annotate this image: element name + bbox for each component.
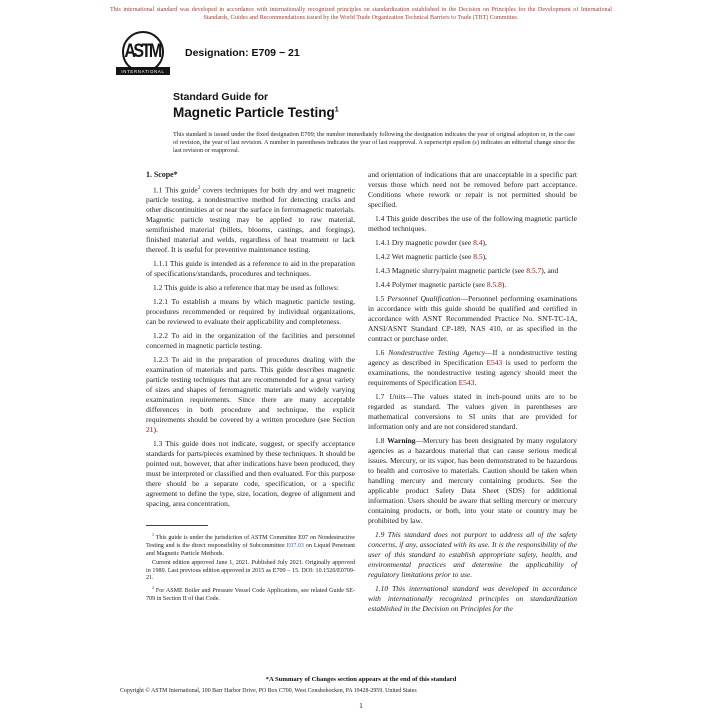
para-1-4-4: 1.4.4 Polymer magnetic particle (see 8.5… — [368, 280, 577, 290]
text-run: 1.9 This standard does not purport to ad… — [368, 530, 577, 579]
para-1-2: 1.2 This guide is also a reference that … — [146, 283, 355, 293]
astm-logo-letters: ASTM — [124, 41, 161, 63]
right-column-paragraphs: and orientation of indications that are … — [368, 170, 577, 614]
title-prefix: Standard Guide for — [173, 91, 722, 103]
page-footer: *A Summary of Changes section appears at… — [0, 676, 722, 710]
text-run: Units — [389, 392, 405, 401]
text-run: 1.2.2 To aid in the organization of the … — [146, 331, 355, 350]
text-run: Warning — [387, 436, 415, 445]
footnote-edition: Current edition approved June 1, 2021. P… — [146, 560, 355, 583]
para-1-4-3: 1.4.3 Magnetic slurry/paint magnetic par… — [368, 266, 577, 276]
para-1-10: 1.10 This international standard was dev… — [368, 584, 577, 614]
para-1-2-3: 1.2.3 To aid in the preparation of proce… — [146, 355, 355, 435]
text-run: Current edition approved June 1, 2021. P… — [146, 560, 355, 581]
text-run: For ASME Boiler and Pressure Vessel Code… — [146, 588, 355, 602]
footnote-separator — [146, 525, 208, 526]
summary-of-changes-note: *A Summary of Changes section appears at… — [0, 676, 722, 683]
text-run: 1.4.1 Dry magnetic powder (see — [375, 238, 473, 247]
para-1-6: 1.6 Nondestructive Testing Agency—If a n… — [368, 348, 577, 388]
text-run: Nondestructive Testing Agency — [388, 348, 485, 357]
text-run: ). — [502, 280, 506, 289]
para-1-8: 1.8 Warning—Mercury has been designated … — [368, 436, 577, 526]
issuance-note: This standard is issued under the fixed … — [173, 131, 575, 155]
para-1-4-1: 1.4.1 Dry magnetic powder (see 8.4), — [368, 238, 577, 248]
text-run: and orientation of indications that are … — [368, 170, 577, 209]
footnote-2: 2 For ASME Boiler and Pressure Vessel Co… — [146, 584, 355, 603]
text-run: covers techniques for both dry and wet m… — [146, 185, 355, 254]
cross-reference-link[interactable]: E07.03 — [287, 543, 304, 549]
text-run: 1.4.3 Magnetic slurry/paint magnetic par… — [375, 266, 526, 275]
cross-reference-link[interactable]: E543 — [486, 358, 502, 367]
text-run: ), — [482, 238, 486, 247]
text-run: Personnel Qualification — [387, 294, 460, 303]
text-run: 1.1.1 This guide is intended as a refere… — [146, 259, 355, 278]
para-1-9: 1.9 This standard does not purport to ad… — [368, 530, 577, 580]
text-run: 1.4.2 Wet magnetic particle (see — [375, 252, 473, 261]
text-run: ), and — [541, 266, 558, 275]
para-1-4: 1.4 This guide describes the use of the … — [368, 214, 577, 234]
text-run: 1.10 This international standard was dev… — [368, 584, 577, 613]
astm-standard-page: This international standard was develope… — [0, 0, 722, 722]
footnote-1: 1 This guide is under the jurisdiction o… — [146, 531, 355, 558]
cross-reference-link[interactable]: 21 — [146, 425, 154, 434]
text-run: ), — [483, 252, 487, 261]
astm-logo-icon: ASTM INTERNATIONAL — [116, 31, 170, 75]
text-run: 1.3 This guide does not indicate, sugges… — [146, 439, 355, 508]
text-run: 1.8 — [375, 436, 387, 445]
copyright-line: Copyright © ASTM International, 100 Barr… — [120, 688, 722, 694]
para-1-2-1: 1.2.1 To establish a means by which magn… — [146, 297, 355, 327]
footnotes: 1 This guide is under the jurisdiction o… — [146, 531, 355, 604]
text-run: 1.7 — [375, 392, 389, 401]
cross-reference-link[interactable]: 8.5.7 — [526, 266, 541, 275]
text-run: 1.4 This guide describes the use of the … — [368, 214, 577, 233]
para-1-3: 1.3 This guide does not indicate, sugges… — [146, 439, 355, 509]
page-number: 1 — [0, 701, 722, 710]
text-run: 1.2.1 To establish a means by which magn… — [146, 297, 355, 326]
para-1-4-2: 1.4.2 Wet magnetic particle (see 8.5), — [368, 252, 577, 262]
document-header: ASTM INTERNATIONAL Designation: E709 − 2… — [116, 31, 722, 75]
text-run: 1.1 This guide — [153, 185, 198, 194]
cross-reference-link[interactable]: E543 — [459, 378, 475, 387]
para-1-1: 1.1 This guide2 covers techniques for bo… — [146, 184, 355, 256]
para-1-2-2: 1.2.2 To aid in the organization of the … — [146, 331, 355, 351]
body-columns: 1. Scope* 1.1 This guide2 covers techniq… — [146, 170, 578, 614]
text-run: ). — [154, 425, 158, 434]
para-1-7: 1.7 Units—The values stated in inch-poun… — [368, 392, 577, 432]
title-footnote-marker: 1 — [335, 106, 339, 113]
cross-reference-link[interactable]: 8.5 — [473, 252, 482, 261]
right-column: and orientation of indications that are … — [368, 170, 577, 614]
left-column-paragraphs: 1.1 This guide2 covers techniques for bo… — [146, 184, 355, 510]
text-run: 1.4.4 Polymer magnetic particle (see — [375, 280, 487, 289]
para-1-1-1: 1.1.1 This guide is intended as a refere… — [146, 259, 355, 279]
wto-tbt-notice: This international standard was develope… — [110, 7, 612, 22]
text-run: 1.2 This guide is also a reference that … — [153, 283, 339, 292]
astm-logo-banner: INTERNATIONAL — [116, 67, 170, 75]
designation-label: Designation: E709 − 21 — [185, 47, 300, 59]
text-run: 1.6 — [375, 348, 388, 357]
page-title: Magnetic Particle Testing1 — [173, 105, 722, 120]
cross-reference-link[interactable]: 8.5.8 — [487, 280, 502, 289]
section-heading-scope: 1. Scope* — [146, 170, 355, 180]
text-run: 1.5 — [375, 294, 387, 303]
para-1-5: 1.5 Personnel Qualification—Personnel pe… — [368, 294, 577, 344]
para-1-3-continued: and orientation of indications that are … — [368, 170, 577, 210]
left-column: 1. Scope* 1.1 This guide2 covers techniq… — [146, 170, 355, 614]
text-run: —Mercury has been designated by many reg… — [368, 436, 577, 525]
text-run: . — [474, 378, 476, 387]
title-text: Magnetic Particle Testing — [173, 105, 335, 120]
title-block: Standard Guide for Magnetic Particle Tes… — [173, 91, 722, 120]
text-run: 1.2.3 To aid in the preparation of proce… — [146, 355, 355, 424]
